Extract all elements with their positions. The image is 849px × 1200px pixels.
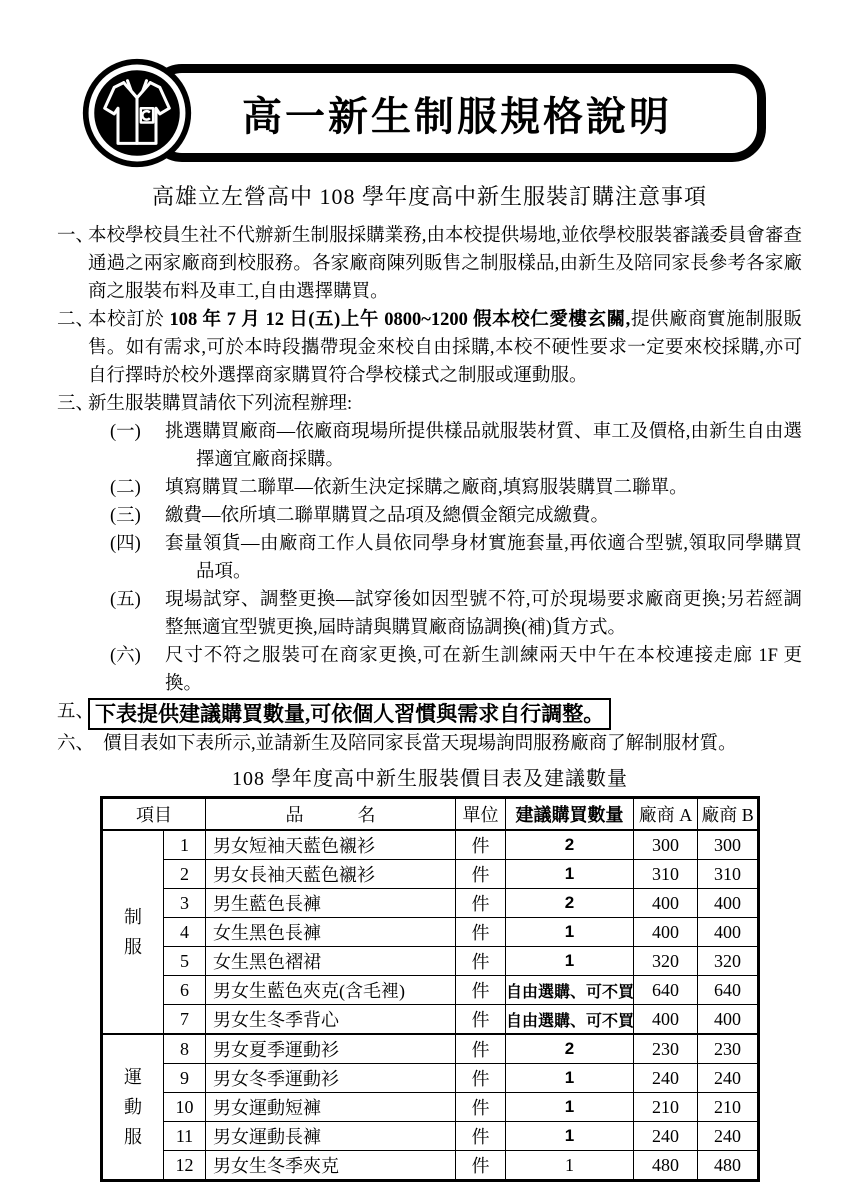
cell-item-name: 女生黑色褶裙 xyxy=(206,947,456,976)
cell-unit: 件 xyxy=(456,860,506,889)
cell-item-number: 1 xyxy=(164,830,206,860)
subitem-text: 套量領貨—由廠商工作人員依同學身材實施套量,再依適合型號,領取同學購買品項。 xyxy=(165,530,802,586)
note-subitem: (二)填寫購買二聯單—依新生決定採購之廠商,填寫服裝購買二聯單。 xyxy=(110,474,802,502)
note-body: 價目表如下表所示,並請新生及陪同家長當天現場詢問服務廠商了解制服材質。 xyxy=(88,730,802,758)
subitem-label: (四) xyxy=(110,530,165,586)
boxed-note-text: 下表提供建議購買數量,可依個人習慣與需求自行調整。 xyxy=(88,698,611,730)
cell-unit: 件 xyxy=(456,1122,506,1151)
note-item: 六、價目表如下表所示,並請新生及陪同家長當天現場詢問服務廠商了解制服材質。 xyxy=(57,730,802,758)
cell-item-name: 男女冬季運動衫 xyxy=(206,1064,456,1093)
cell-suggested-qty: 2 xyxy=(506,889,634,918)
price-table-body: 制服1男女短袖天藍色襯衫件23003002男女長袖天藍色襯衫件13103103男… xyxy=(102,830,759,1181)
cell-unit: 件 xyxy=(456,1093,506,1122)
note-body: 本校學校員生社不代辦新生制服採購業務,由本校提供場地,並依學校服裝審議委員會審查… xyxy=(88,222,802,306)
header-vendor-a: 廠商 A xyxy=(634,798,698,831)
cell-unit: 件 xyxy=(456,947,506,976)
cell-vendor-a-price: 640 xyxy=(634,976,698,1005)
note-subitem: (一)挑選購買廠商—依廠商現場所提供樣品就服裝材質、車工及價格,由新生自由選擇適… xyxy=(110,418,802,474)
note-number: 一、 xyxy=(57,222,88,306)
cell-vendor-b-price: 640 xyxy=(698,976,759,1005)
cell-vendor-a-price: 400 xyxy=(634,918,698,947)
table-header-row: 項目 品 名 單位 建議購買數量 廠商 A 廠商 B xyxy=(102,798,759,831)
cell-unit: 件 xyxy=(456,918,506,947)
cell-suggested-qty: 1 xyxy=(506,1064,634,1093)
note-number: 二、 xyxy=(57,306,88,390)
cell-item-number: 8 xyxy=(164,1034,206,1064)
cell-item-name: 男女夏季運動衫 xyxy=(206,1034,456,1064)
note-subitem: (六)尺寸不符之服裝可在商家更換,可在新生訓練兩天中午在本校連接走廊 1F 更換… xyxy=(110,642,802,698)
subitem-text: 現場試穿、調整更換—試穿後如因型號不符,可於現場要求廠商更換;另若經調整無適宜型… xyxy=(165,586,802,642)
cell-vendor-a-price: 300 xyxy=(634,830,698,860)
cell-vendor-a-price: 400 xyxy=(634,1005,698,1035)
note-subitems: (一)挑選購買廠商—依廠商現場所提供樣品就服裝材質、車工及價格,由新生自由選擇適… xyxy=(110,418,802,698)
title-banner: 高一新生制服規格說明 xyxy=(80,56,766,170)
cell-item-name: 男生藍色長褲 xyxy=(206,889,456,918)
cell-vendor-a-price: 310 xyxy=(634,860,698,889)
note-subitem: (五)現場試穿、調整更換—試穿後如因型號不符,可於現場要求廠商更換;另若經調整無… xyxy=(110,586,802,642)
note-body: 新生服裝購買請依下列流程辦理:(一)挑選購買廠商—依廠商現場所提供樣品就服裝材質… xyxy=(88,390,802,698)
subitem-label: (二) xyxy=(110,474,165,502)
header-unit: 單位 xyxy=(456,798,506,831)
cell-item-number: 4 xyxy=(164,918,206,947)
note-item: 二、本校訂於 108 年 7 月 12 日(五)上午 0800~1200 假本校… xyxy=(57,306,802,390)
cell-item-name: 男女運動長褲 xyxy=(206,1122,456,1151)
table-row: 10男女運動短褲件1210210 xyxy=(102,1093,759,1122)
header-item: 項目 xyxy=(102,798,206,831)
price-table: 項目 品 名 單位 建議購買數量 廠商 A 廠商 B 制服1男女短袖天藍色襯衫件… xyxy=(100,796,760,1182)
subitem-label: (一) xyxy=(110,418,165,474)
table-row: 9男女冬季運動衫件1240240 xyxy=(102,1064,759,1093)
cell-vendor-b-price: 320 xyxy=(698,947,759,976)
group-label: 運動服 xyxy=(102,1034,164,1181)
group-label: 制服 xyxy=(102,830,164,1034)
cell-unit: 件 xyxy=(456,889,506,918)
content: 高雄立左營高中 108 學年度高中新生服裝訂購注意事項 一、本校學校員生社不代辦… xyxy=(57,182,802,1182)
table-row: 運動服8男女夏季運動衫件2230230 xyxy=(102,1034,759,1064)
note-text: 本校學校員生社不代辦新生制服採購業務,由本校提供場地,並依學校服裝審議委員會審查… xyxy=(88,226,802,302)
note-item: 三、新生服裝購買請依下列流程辦理:(一)挑選購買廠商—依廠商現場所提供樣品就服裝… xyxy=(57,390,802,698)
cell-vendor-a-price: 320 xyxy=(634,947,698,976)
cell-vendor-a-price: 480 xyxy=(634,1151,698,1181)
cell-suggested-qty: 1 xyxy=(506,918,634,947)
cell-unit: 件 xyxy=(456,1005,506,1035)
table-row: 7男女生冬季背心件自由選購、可不買400400 xyxy=(102,1005,759,1035)
page-title: 高一新生制服規格說明 xyxy=(242,85,672,142)
notes: 一、本校學校員生社不代辦新生制服採購業務,由本校提供場地,並依學校服裝審議委員會… xyxy=(57,222,802,758)
cell-item-number: 3 xyxy=(164,889,206,918)
cell-item-number: 9 xyxy=(164,1064,206,1093)
cell-suggested-qty: 1 xyxy=(506,1093,634,1122)
cell-vendor-a-price: 230 xyxy=(634,1034,698,1064)
cell-unit: 件 xyxy=(456,830,506,860)
table-title: 108 學年度高中新生服裝價目表及建議數量 xyxy=(100,766,760,792)
subitem-label: (六) xyxy=(110,642,165,698)
note-item: 五、下表提供建議購買數量,可依個人習慣與需求自行調整。 xyxy=(57,698,802,730)
cell-suggested-qty: 1 xyxy=(506,860,634,889)
cell-suggested-qty: 自由選購、可不買 xyxy=(506,976,634,1005)
table-row: 6男女生藍色夾克(含毛裡)件自由選購、可不買640640 xyxy=(102,976,759,1005)
cell-vendor-b-price: 240 xyxy=(698,1064,759,1093)
cell-vendor-b-price: 240 xyxy=(698,1122,759,1151)
cell-vendor-b-price: 230 xyxy=(698,1034,759,1064)
table-row: 2男女長袖天藍色襯衫件1310310 xyxy=(102,860,759,889)
cell-item-number: 11 xyxy=(164,1122,206,1151)
cell-item-number: 7 xyxy=(164,1005,206,1035)
cell-item-number: 6 xyxy=(164,976,206,1005)
table-row: 制服1男女短袖天藍色襯衫件2300300 xyxy=(102,830,759,860)
header-name: 品 名 xyxy=(206,798,456,831)
cell-item-name: 女生黑色長褲 xyxy=(206,918,456,947)
note-text: 108 年 7 月 12 日(五)上午 0800~1200 假本校仁愛樓玄關, xyxy=(170,310,631,330)
cell-unit: 件 xyxy=(456,976,506,1005)
note-body: 下表提供建議購買數量,可依個人習慣與需求自行調整。 xyxy=(88,698,802,730)
note-text: 價目表如下表所示,並請新生及陪同家長當天現場詢問服務廠商了解制服材質。 xyxy=(103,734,737,754)
table-row: 3男生藍色長褲件2400400 xyxy=(102,889,759,918)
cell-item-name: 男女生藍色夾克(含毛裡) xyxy=(206,976,456,1005)
cell-vendor-b-price: 310 xyxy=(698,860,759,889)
cell-vendor-a-price: 240 xyxy=(634,1064,698,1093)
note-text: 新生服裝購買請依下列流程辦理: xyxy=(88,394,352,414)
document-page: 高一新生制服規格說明 高雄立左營高中 108 學年度高中新生服裝訂購注意事項 一… xyxy=(0,0,849,1200)
cell-item-name: 男女運動短褲 xyxy=(206,1093,456,1122)
cell-vendor-b-price: 210 xyxy=(698,1093,759,1122)
note-subitem: (四)套量領貨—由廠商工作人員依同學身材實施套量,再依適合型號,領取同學購買品項… xyxy=(110,530,802,586)
cell-vendor-a-price: 240 xyxy=(634,1122,698,1151)
cell-suggested-qty: 2 xyxy=(506,1034,634,1064)
cell-suggested-qty: 1 xyxy=(506,1151,634,1181)
note-number: 五、 xyxy=(57,698,88,730)
table-row: 5女生黑色褶裙件1320320 xyxy=(102,947,759,976)
cell-unit: 件 xyxy=(456,1151,506,1181)
cell-suggested-qty: 自由選購、可不買 xyxy=(506,1005,634,1035)
header-vendor-b: 廠商 B xyxy=(698,798,759,831)
cell-item-number: 12 xyxy=(164,1151,206,1181)
subitem-label: (五) xyxy=(110,586,165,642)
cell-suggested-qty: 2 xyxy=(506,830,634,860)
shirt-icon xyxy=(80,56,194,170)
document-subtitle: 高雄立左營高中 108 學年度高中新生服裝訂購注意事項 xyxy=(57,182,802,212)
table-row: 4女生黑色長褲件1400400 xyxy=(102,918,759,947)
table-row: 12男女生冬季夾克件1480480 xyxy=(102,1151,759,1181)
cell-item-number: 2 xyxy=(164,860,206,889)
note-subitem: (三)繳費—依所填二聯單購買之品項及總價金額完成繳費。 xyxy=(110,502,802,530)
cell-item-number: 5 xyxy=(164,947,206,976)
subitem-text: 繳費—依所填二聯單購買之品項及總價金額完成繳費。 xyxy=(165,502,802,530)
subitem-text: 尺寸不符之服裝可在商家更換,可在新生訓練兩天中午在本校連接走廊 1F 更換。 xyxy=(165,642,802,698)
note-number: 六、 xyxy=(57,730,88,758)
cell-suggested-qty: 1 xyxy=(506,1122,634,1151)
cell-suggested-qty: 1 xyxy=(506,947,634,976)
subitem-text: 挑選購買廠商—依廠商現場所提供樣品就服裝材質、車工及價格,由新生自由選擇適宜廠商… xyxy=(165,418,802,474)
cell-unit: 件 xyxy=(456,1064,506,1093)
cell-item-number: 10 xyxy=(164,1093,206,1122)
note-text: 本校訂於 xyxy=(88,310,170,330)
subitem-text: 填寫購買二聯單—依新生決定採購之廠商,填寫服裝購買二聯單。 xyxy=(165,474,802,502)
cell-vendor-a-price: 210 xyxy=(634,1093,698,1122)
cell-item-name: 男女生冬季背心 xyxy=(206,1005,456,1035)
title-banner-box: 高一新生制服規格說明 xyxy=(148,64,766,162)
cell-vendor-b-price: 300 xyxy=(698,830,759,860)
cell-vendor-b-price: 400 xyxy=(698,918,759,947)
cell-item-name: 男女短袖天藍色襯衫 xyxy=(206,830,456,860)
subitem-label: (三) xyxy=(110,502,165,530)
cell-vendor-b-price: 480 xyxy=(698,1151,759,1181)
cell-item-name: 男女生冬季夾克 xyxy=(206,1151,456,1181)
cell-unit: 件 xyxy=(456,1034,506,1064)
note-number: 三、 xyxy=(57,390,88,698)
cell-vendor-b-price: 400 xyxy=(698,889,759,918)
cell-vendor-a-price: 400 xyxy=(634,889,698,918)
table-row: 11男女運動長褲件1240240 xyxy=(102,1122,759,1151)
cell-vendor-b-price: 400 xyxy=(698,1005,759,1035)
note-item: 一、本校學校員生社不代辦新生制服採購業務,由本校提供場地,並依學校服裝審議委員會… xyxy=(57,222,802,306)
note-body: 本校訂於 108 年 7 月 12 日(五)上午 0800~1200 假本校仁愛… xyxy=(88,306,802,390)
header-qty: 建議購買數量 xyxy=(506,798,634,831)
cell-item-name: 男女長袖天藍色襯衫 xyxy=(206,860,456,889)
